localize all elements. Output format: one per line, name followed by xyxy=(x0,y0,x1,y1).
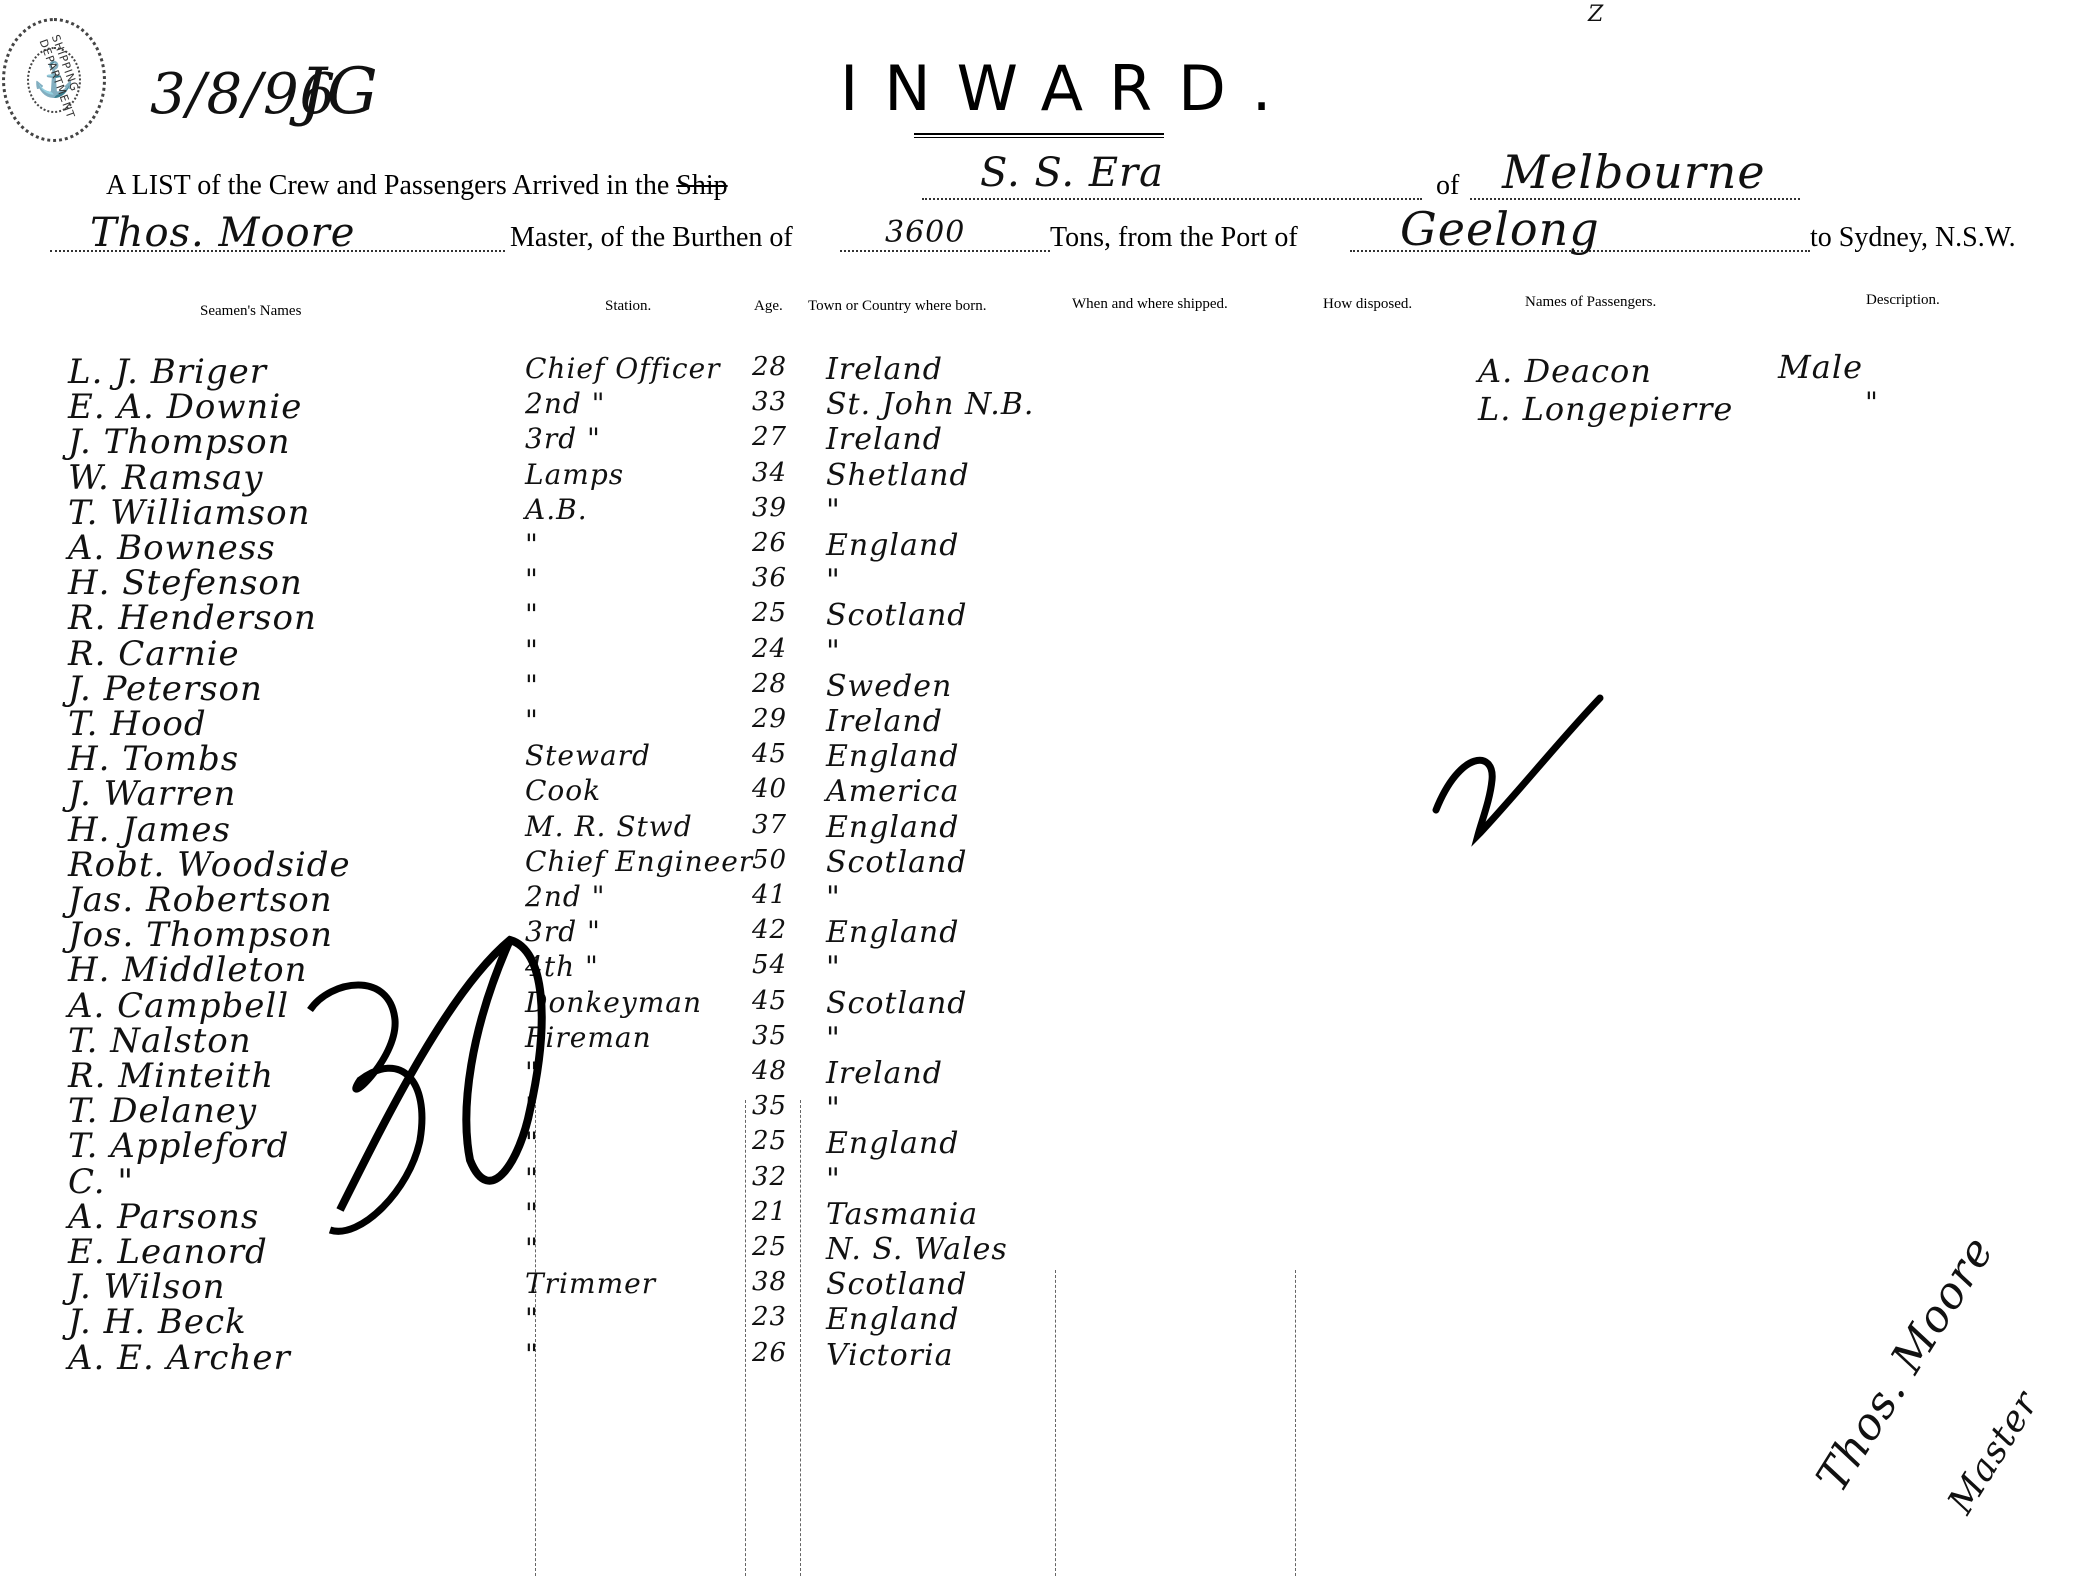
title-underline-thin xyxy=(914,137,1164,138)
crew-age: 42 xyxy=(752,915,787,945)
burthen-value: 3600 xyxy=(885,215,965,250)
crew-age: 38 xyxy=(752,1267,787,1297)
crew-age: 32 xyxy=(752,1162,787,1192)
struck-word-ship: Ship xyxy=(676,170,727,201)
list-heading: A LIST of the Crew and Passengers Arrive… xyxy=(106,170,728,202)
passenger-name: A. Deacon xyxy=(1478,352,1652,390)
crew-station: M. R. Stwd xyxy=(525,810,693,843)
title-underline xyxy=(914,133,1164,135)
of-label: of xyxy=(1436,170,1459,202)
crew-birthplace: Ireland xyxy=(826,422,943,457)
crew-age: 40 xyxy=(752,774,787,804)
master-label: Master, of the Burthen of xyxy=(510,222,793,254)
master-signature-role: Master xyxy=(1940,1384,2047,1521)
crew-age: 50 xyxy=(752,845,787,875)
crew-name: R. Minteith xyxy=(68,1056,274,1096)
crew-name: J. Peterson xyxy=(68,669,263,709)
crew-age: 45 xyxy=(752,739,787,769)
column-rule xyxy=(800,1100,801,1576)
crew-birthplace: England xyxy=(826,739,959,774)
ship-name-line xyxy=(922,198,1422,200)
crew-station: Chief Officer xyxy=(525,352,721,385)
passenger-description: Male xyxy=(1778,348,1863,386)
crew-birthplace: Scotland xyxy=(826,986,967,1021)
passenger-description: " xyxy=(1865,386,1879,419)
crew-birthplace: " xyxy=(826,634,841,669)
crew-name: T. Williamson xyxy=(68,493,310,533)
crew-name: T. Appleford xyxy=(68,1126,289,1166)
crew-birthplace: England xyxy=(826,528,959,563)
crew-name: Jos. Thompson xyxy=(68,915,333,955)
crew-total-mark: 30 xyxy=(300,910,560,1240)
crew-birthplace: Scotland xyxy=(826,598,967,633)
crew-name: W. Ramsay xyxy=(68,458,263,498)
crew-birthplace: " xyxy=(826,1091,841,1126)
crew-station: " xyxy=(525,669,539,702)
crew-name: A. Campbell xyxy=(68,986,289,1026)
crew-age: 35 xyxy=(752,1091,787,1121)
crew-name: C. " xyxy=(68,1162,134,1202)
crew-station: Lamps xyxy=(525,458,624,491)
check-mark-icon xyxy=(1420,690,1620,860)
crew-name: E. Leanord xyxy=(68,1232,268,1272)
crew-birthplace: " xyxy=(826,1021,841,1056)
crew-station: " xyxy=(525,528,539,561)
col-header-description: Description. xyxy=(1866,292,1940,309)
crew-name: R. Carnie xyxy=(68,634,240,674)
destination-label: to Sydney, N.S.W. xyxy=(1810,222,2016,254)
crew-station: " xyxy=(525,634,539,667)
crew-age: 33 xyxy=(752,387,787,417)
crew-age: 35 xyxy=(752,1021,787,1051)
crew-age: 25 xyxy=(752,598,787,628)
crew-age: 25 xyxy=(752,1232,787,1262)
column-rule xyxy=(745,1100,746,1576)
crew-age: 54 xyxy=(752,950,787,980)
crew-birthplace: Scotland xyxy=(826,1267,967,1302)
col-header-age: Age. xyxy=(754,298,783,315)
from-port: Geelong xyxy=(1400,202,1600,256)
crew-station: 3rd " xyxy=(525,422,601,455)
crew-birthplace: Ireland xyxy=(826,704,943,739)
crew-age: 25 xyxy=(752,1126,787,1156)
crew-station: " xyxy=(525,563,539,596)
crew-birthplace: " xyxy=(826,563,841,598)
crew-birthplace: St. John N.B. xyxy=(826,387,1034,422)
crew-age: 39 xyxy=(752,493,787,523)
crew-birthplace: Ireland xyxy=(826,1056,943,1091)
crew-station: " xyxy=(525,1302,539,1335)
column-rule xyxy=(1295,1270,1296,1576)
column-rule xyxy=(1055,1270,1056,1576)
burthen-line xyxy=(840,250,1050,252)
crew-station: " xyxy=(525,1338,539,1371)
ship-name: S. S. Era xyxy=(980,150,1164,196)
crew-birthplace: England xyxy=(826,915,959,950)
crew-name: R. Henderson xyxy=(68,598,317,638)
crew-birthplace: Shetland xyxy=(826,458,970,493)
crew-age: 45 xyxy=(752,986,787,1016)
crew-station: Cook xyxy=(525,774,601,807)
crew-birthplace: Scotland xyxy=(826,845,967,880)
crew-birthplace: England xyxy=(826,1126,959,1161)
crew-birthplace: " xyxy=(826,1162,841,1197)
crew-birthplace: Ireland xyxy=(826,352,943,387)
crew-name: J. Thompson xyxy=(68,422,290,462)
crew-station: Trimmer xyxy=(525,1267,656,1300)
crew-birthplace: England xyxy=(826,810,959,845)
crew-station: Chief Engineer xyxy=(525,845,753,878)
crew-birthplace: N. S. Wales xyxy=(826,1232,1008,1267)
tons-label: Tons, from the Port of xyxy=(1050,222,1298,254)
initials-note: JG xyxy=(300,55,379,129)
crew-birthplace: " xyxy=(826,950,841,985)
crew-name: T. Hood xyxy=(68,704,207,744)
crew-age: 29 xyxy=(752,704,787,734)
crew-age: 24 xyxy=(752,634,787,664)
crew-station: 2nd " xyxy=(525,880,606,913)
col-header-passengers: Names of Passengers. xyxy=(1525,294,1656,311)
crew-age: 28 xyxy=(752,669,787,699)
crew-age: 27 xyxy=(752,422,787,452)
crew-name: H. Middleton xyxy=(68,950,308,990)
crew-birthplace: America xyxy=(826,774,960,809)
crew-name: T. Delaney xyxy=(68,1091,257,1131)
crew-birthplace: " xyxy=(826,493,841,528)
crew-station: " xyxy=(525,598,539,631)
col-header-born: Town or Country where born. xyxy=(808,298,987,315)
crew-age: 21 xyxy=(752,1197,787,1227)
crew-age: 34 xyxy=(752,458,787,488)
master-name: Thos. Moore xyxy=(90,210,355,256)
crew-name: H. Tombs xyxy=(68,739,239,779)
col-header-disposed: How disposed. xyxy=(1323,296,1412,313)
crew-birthplace: " xyxy=(826,880,841,915)
crew-birthplace: Victoria xyxy=(826,1338,953,1373)
crew-birthplace: Tasmania xyxy=(826,1197,978,1232)
crew-age: 48 xyxy=(752,1056,787,1086)
crew-birthplace: Sweden xyxy=(826,669,952,704)
crew-age: 28 xyxy=(752,352,787,382)
crew-station: " xyxy=(525,704,539,737)
crew-name: A. Parsons xyxy=(68,1197,259,1237)
crew-name: H. James xyxy=(68,810,231,850)
crew-station: A.B. xyxy=(525,493,588,526)
crew-age: 37 xyxy=(752,810,787,840)
crew-name: T. Nalston xyxy=(68,1021,252,1061)
crew-age: 26 xyxy=(752,1338,787,1368)
corner-mark: Z xyxy=(1588,2,1604,27)
crew-birthplace: England xyxy=(826,1302,959,1337)
home-port: Melbourne xyxy=(1502,145,1766,199)
crew-station: 2nd " xyxy=(525,387,606,420)
crew-name: A. Bowness xyxy=(68,528,276,568)
crew-name: A. E. Archer xyxy=(68,1338,291,1378)
crew-name: E. A. Downie xyxy=(68,387,302,427)
crew-name: J. Wilson xyxy=(68,1267,226,1307)
crew-station: Steward xyxy=(525,739,651,772)
col-header-shipped: When and where shipped. xyxy=(1072,296,1228,313)
passenger-name: L. Longepierre xyxy=(1478,390,1733,428)
crew-age: 23 xyxy=(752,1302,787,1332)
crew-name: L. J. Briger xyxy=(68,352,267,392)
crew-name: J. Warren xyxy=(68,774,236,814)
crew-name: J. H. Beck xyxy=(68,1302,247,1342)
crew-age: 36 xyxy=(752,563,787,593)
crew-age: 26 xyxy=(752,528,787,558)
crew-name: H. Stefenson xyxy=(68,563,303,603)
crew-name: Robt. Woodside xyxy=(68,845,351,885)
page-title: INWARD. xyxy=(840,52,1298,125)
col-header-station: Station. xyxy=(605,298,651,315)
list-heading-prefix: A LIST of the Crew and Passengers Arrive… xyxy=(106,170,669,201)
crew-name: Jas. Robertson xyxy=(68,880,333,920)
crew-age: 41 xyxy=(752,880,787,910)
col-header-seamens-names: Seamen's Names xyxy=(200,303,301,320)
department-stamp: ⚓ SHIPPING DEPARTMENT xyxy=(2,18,106,142)
